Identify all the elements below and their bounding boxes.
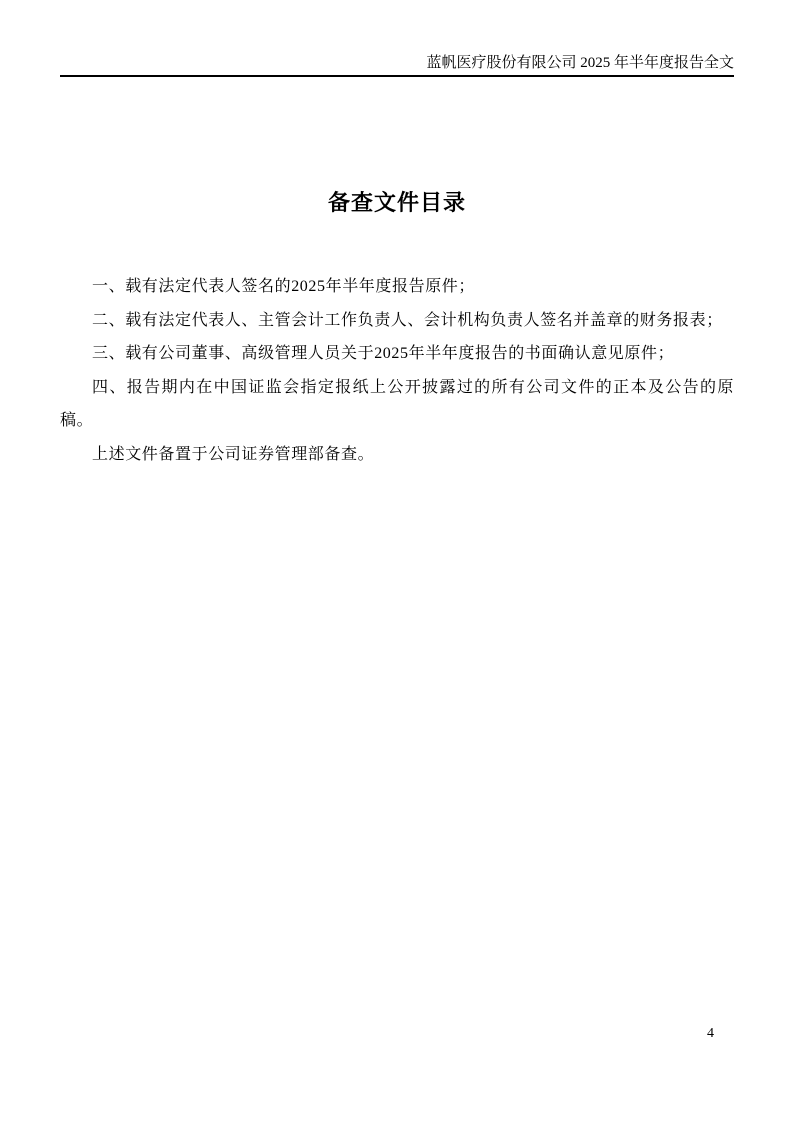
document-paragraph: 上述文件备置于公司证券管理部备查。 [60,438,734,472]
document-paragraph: 二、载有法定代表人、主管会计工作负责人、会计机构负责人签名并盖章的财务报表； [60,304,734,338]
report-header-text: 蓝帆医疗股份有限公司 2025 年半年度报告全文 [426,54,734,72]
document-page: 蓝帆医疗股份有限公司 2025 年半年度报告全文 备查文件目录 一、载有法定代表… [0,0,794,1123]
page-title: 备查文件目录 [0,191,794,215]
page-number: 4 [707,1026,714,1042]
header-divider [60,75,734,77]
document-paragraph: 四、报告期内在中国证监会指定报纸上公开披露过的所有公司文件的正本及公告的原稿。 [60,371,734,438]
document-paragraph: 一、载有法定代表人签名的2025年半年度报告原件； [60,270,734,304]
document-body: 一、载有法定代表人签名的2025年半年度报告原件； 二、载有法定代表人、主管会计… [60,270,734,471]
document-paragraph: 三、载有公司董事、高级管理人员关于2025年半年度报告的书面确认意见原件； [60,337,734,371]
